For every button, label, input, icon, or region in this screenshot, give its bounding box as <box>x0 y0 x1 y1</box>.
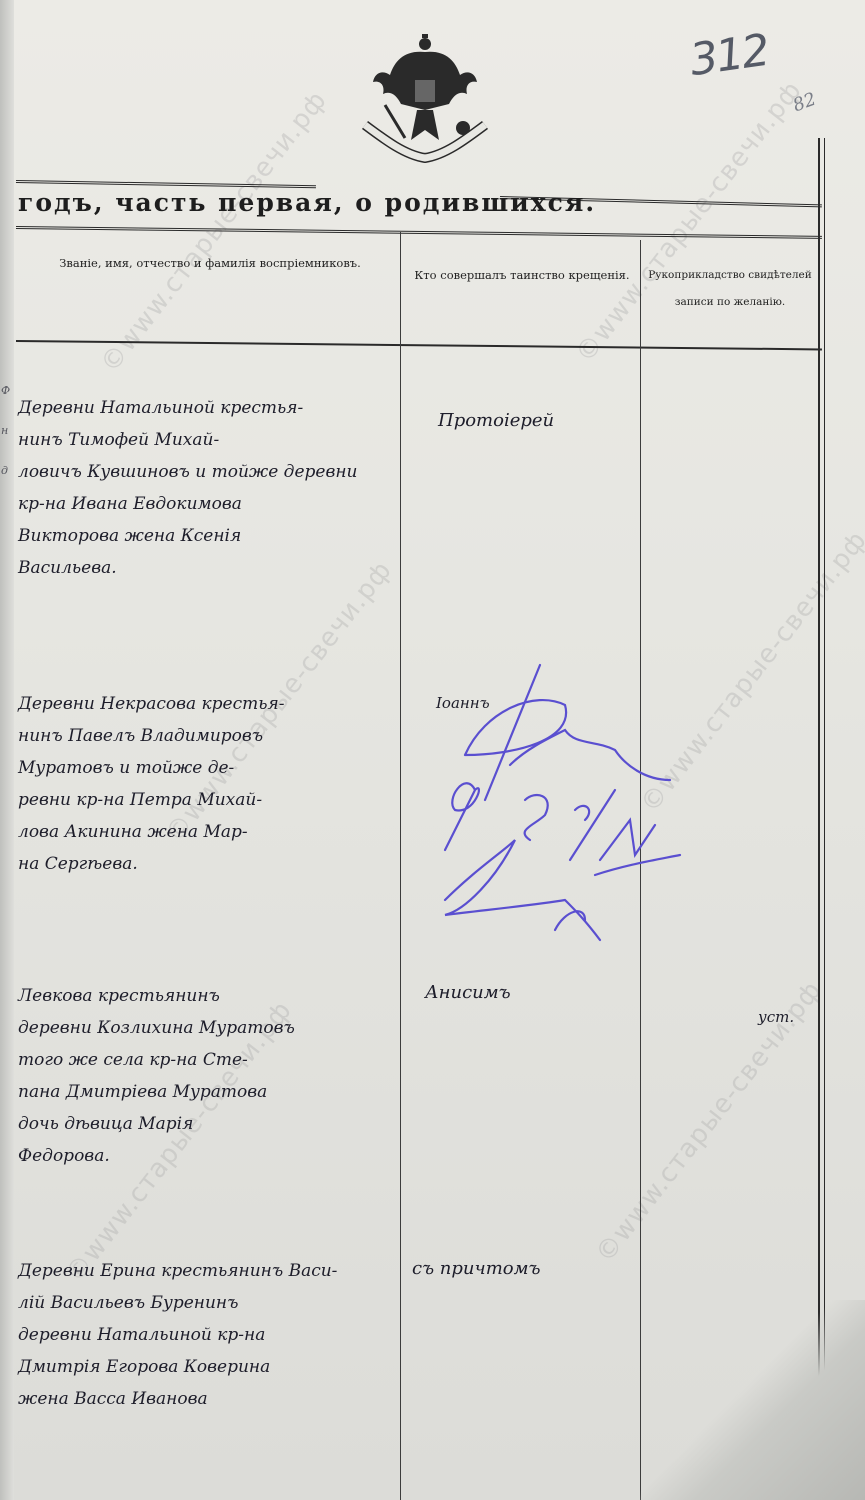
entry-line: деревни Натальиной кр-на <box>18 1319 337 1351</box>
curled-page-corner <box>640 1300 865 1500</box>
entry-line: деревни Козлихина Муратовъ <box>18 1012 295 1044</box>
entry-3-godparents: Левкова крестьянинъ деревни Козлихина Му… <box>18 980 295 1172</box>
column-header-godparents: Званіе, имя, отчество и фамилія воспріем… <box>30 250 390 277</box>
purple-ink-signature <box>425 650 685 960</box>
entry-line: пана Дмитріева Муратова <box>18 1076 295 1108</box>
entry-line: Дмитрія Егорова Коверина <box>18 1351 337 1383</box>
page-title: годъ, часть первая, о родившихся. <box>18 188 596 217</box>
entry-line: Васильева. <box>18 552 358 584</box>
entry-line: Деревни Натальиной крестья- <box>18 392 358 424</box>
column-divider-1 <box>400 232 401 1500</box>
entry-line: на Сергѣева. <box>18 848 285 880</box>
entry-line: Муратовъ и тойже де- <box>18 752 285 784</box>
entry-line: лій Васильевъ Буренинъ <box>18 1287 337 1319</box>
entry-1-priest: Протоіерей <box>438 410 554 431</box>
entry-4-godparents: Деревни Ерина крестьянинъ Васи- лій Васи… <box>18 1255 337 1415</box>
entry-line: жена Васса Иванова <box>18 1383 337 1415</box>
entry-line: ловичъ Кувшиновъ и тойже деревни <box>18 456 358 488</box>
entry-2-godparents: Деревни Некрасова крестья- нинъ Павелъ В… <box>18 688 285 880</box>
entry-3-witness-note: уст. <box>758 1008 794 1026</box>
entry-line: лова Акинина жена Мар- <box>18 816 285 848</box>
entry-line: дочь дѣвица Марія <box>18 1108 295 1140</box>
entry-3-priest: Анисимъ <box>425 982 511 1003</box>
entry-line: Деревни Некрасова крестья- <box>18 688 285 720</box>
entry-line: ревни кр-на Петра Михай- <box>18 784 285 816</box>
entry-line: Федорова. <box>18 1140 295 1172</box>
frame-right-border <box>818 138 825 1500</box>
double-headed-eagle-emblem <box>345 30 505 170</box>
spine-text: н <box>1 420 15 442</box>
entry-line: кр-на Ивана Евдокимова <box>18 488 358 520</box>
entry-line: нинъ Павелъ Владимировъ <box>18 720 285 752</box>
spine-text: Ф <box>1 380 15 402</box>
page-number: 312 <box>687 25 771 86</box>
entry-1-godparents: Деревни Натальиной крестья- нинъ Тимофей… <box>18 392 358 584</box>
entry-4-priest: съ причтомъ <box>412 1258 541 1279</box>
spine-text: д <box>1 460 15 482</box>
entry-line: Левкова крестьянинъ <box>18 980 295 1012</box>
entry-line: того же села кр-на Сте- <box>18 1044 295 1076</box>
column-header-baptizer: Кто совершалъ таинство крещенія. <box>408 262 636 289</box>
entry-line: нинъ Тимофей Михай- <box>18 424 358 456</box>
entry-line: Деревни Ерина крестьянинъ Васи- <box>18 1255 337 1287</box>
entry-line: Викторова жена Ксенія <box>18 520 358 552</box>
column-header-witnesses: Рукоприкладство свидѣтелей записи по жел… <box>644 262 816 316</box>
